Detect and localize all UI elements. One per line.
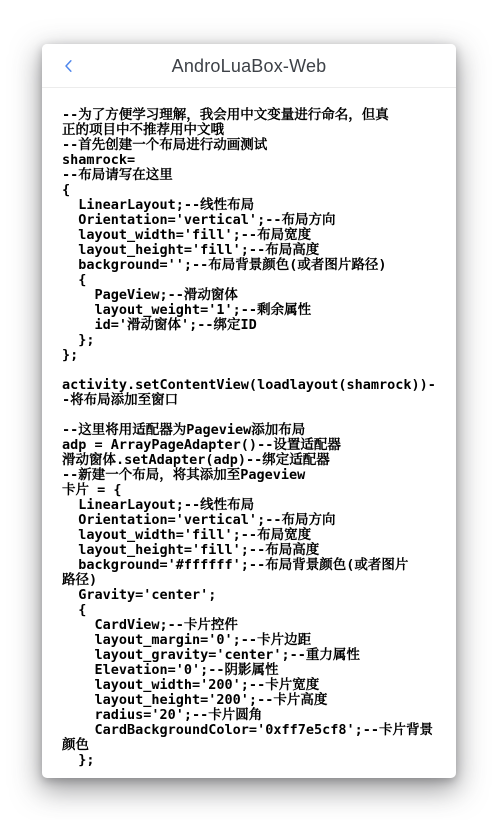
code-scroll-area[interactable]: --为了方便学习理解，我会用中文变量进行命名，但真 正的项目中不推荐用中文哦 -… [42,88,456,777]
page-title: AndroLuaBox-Web [42,44,456,88]
code-text: --为了方便学习理解，我会用中文变量进行命名，但真 正的项目中不推荐用中文哦 -… [62,108,436,768]
header-bar: AndroLuaBox-Web [42,44,456,88]
screenshot-stage: AndroLuaBox-Web --为了方便学习理解，我会用中文变量进行命名，但… [0,0,498,820]
app-window: AndroLuaBox-Web --为了方便学习理解，我会用中文变量进行命名，但… [42,44,456,778]
